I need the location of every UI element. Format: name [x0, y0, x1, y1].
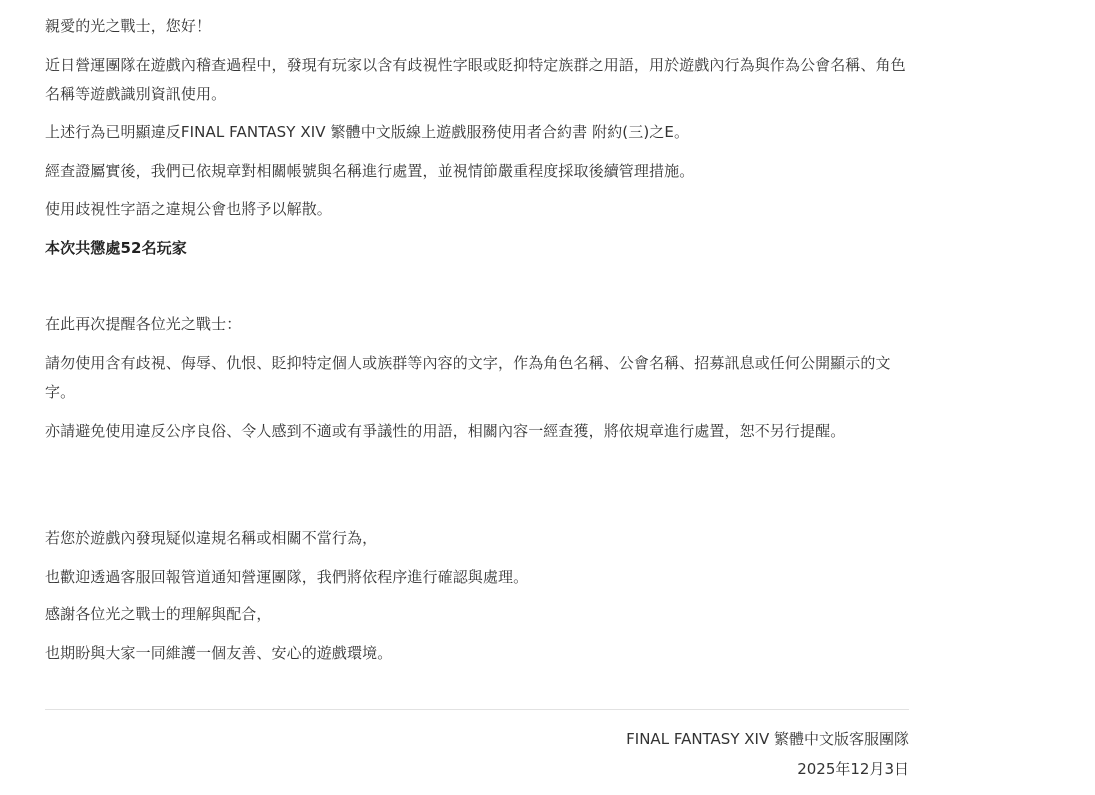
paragraph-investigation: 近日營運團隊在遊戲內稽查過程中，發現有玩家以含有歧視性字眼或貶抑特定族群之用語，… — [45, 51, 909, 109]
closing-wish: 也期盼與大家一同維護一個友善、安心的遊戲環境。 — [45, 639, 392, 668]
greeting: 親愛的光之戰士，您好！ — [45, 12, 211, 41]
paragraph-violation: 上述行為已明顯違反FINAL FANTASY XIV 繁體中文版線上遊戲服務使用… — [45, 118, 689, 147]
closing-thanks: 感謝各位光之戰士的理解與配合， — [45, 600, 272, 629]
penalty-summary: 本次共懲處52名玩家 — [45, 234, 187, 263]
paragraph-guild-disband: 使用歧視性字語之違規公會也將予以解散。 — [45, 195, 332, 224]
closing-report-prompt: 若您於遊戲內發現疑似違規名稱或相關不當行為， — [45, 524, 377, 553]
reminder-no-discrimination: 請勿使用含有歧視、侮辱、仇恨、貶抑特定個人或族群等內容的文字，作為角色名稱、公會… — [45, 349, 909, 407]
reminder-heading: 在此再次提醒各位光之戰士： — [45, 310, 241, 339]
paragraph-action-taken: 經查證屬實後，我們已依規章對相關帳號與名稱進行處置，並視情節嚴重程度採取後續管理… — [45, 157, 694, 186]
closing-report-channel: 也歡迎透過客服回報管道通知營運團隊，我們將依程序進行確認與處理。 — [45, 563, 528, 592]
signature-divider — [45, 709, 909, 710]
reminder-no-controversial: 亦請避免使用違反公序良俗、令人感到不適或有爭議性的用語，相關內容一經查獲，將依規… — [45, 417, 895, 446]
signature-block: FINAL FANTASY XIV 繁體中文版客服團隊 2025年12月3日 — [45, 724, 909, 784]
signature-team: FINAL FANTASY XIV 繁體中文版客服團隊 — [45, 724, 909, 754]
signature-date: 2025年12月3日 — [45, 754, 909, 784]
